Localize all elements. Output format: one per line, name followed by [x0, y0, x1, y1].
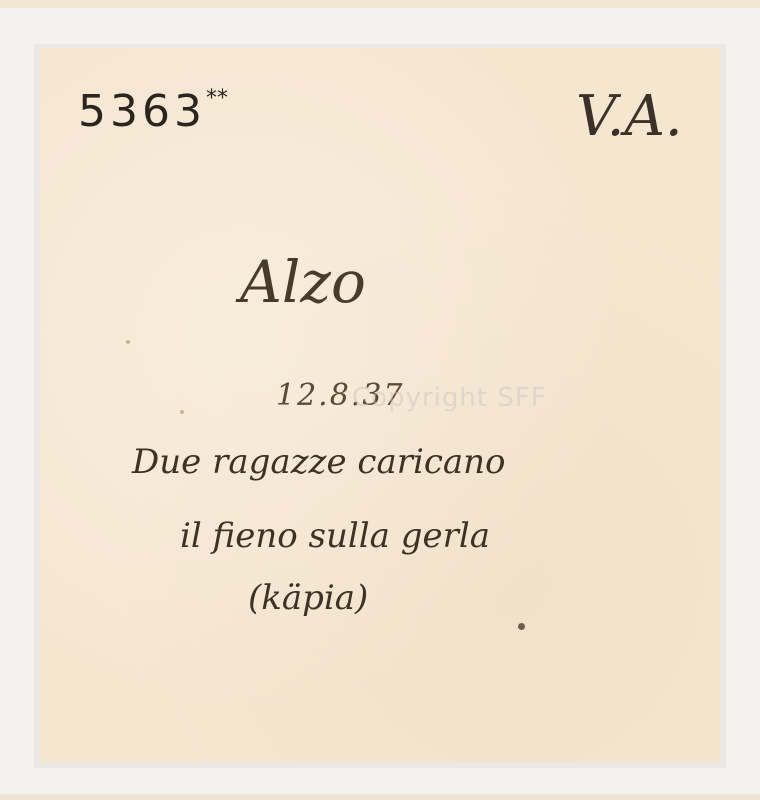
- archive-card: 5363** V.A. Alzo 12.8.37 Copyright SFF D…: [40, 48, 720, 762]
- ink-dot: [518, 623, 525, 630]
- bottom-edge-strip: [0, 794, 760, 800]
- description-line-3: (käpia): [248, 578, 368, 618]
- top-edge-strip: [0, 0, 760, 8]
- paper-speck: [180, 410, 184, 414]
- catalog-number-value: 5363: [78, 86, 206, 137]
- copyright-watermark: Copyright SFF: [352, 383, 547, 413]
- description-line-1: Due ragazze caricano: [132, 442, 506, 482]
- description-line-2: il fieno sulla gerla: [180, 516, 490, 556]
- place-name: Alzo: [240, 248, 366, 316]
- paper-speck: [126, 340, 130, 344]
- catalog-number: 5363**: [78, 86, 228, 137]
- author-initials: V.A.: [576, 84, 683, 149]
- catalog-number-suffix: **: [206, 86, 228, 111]
